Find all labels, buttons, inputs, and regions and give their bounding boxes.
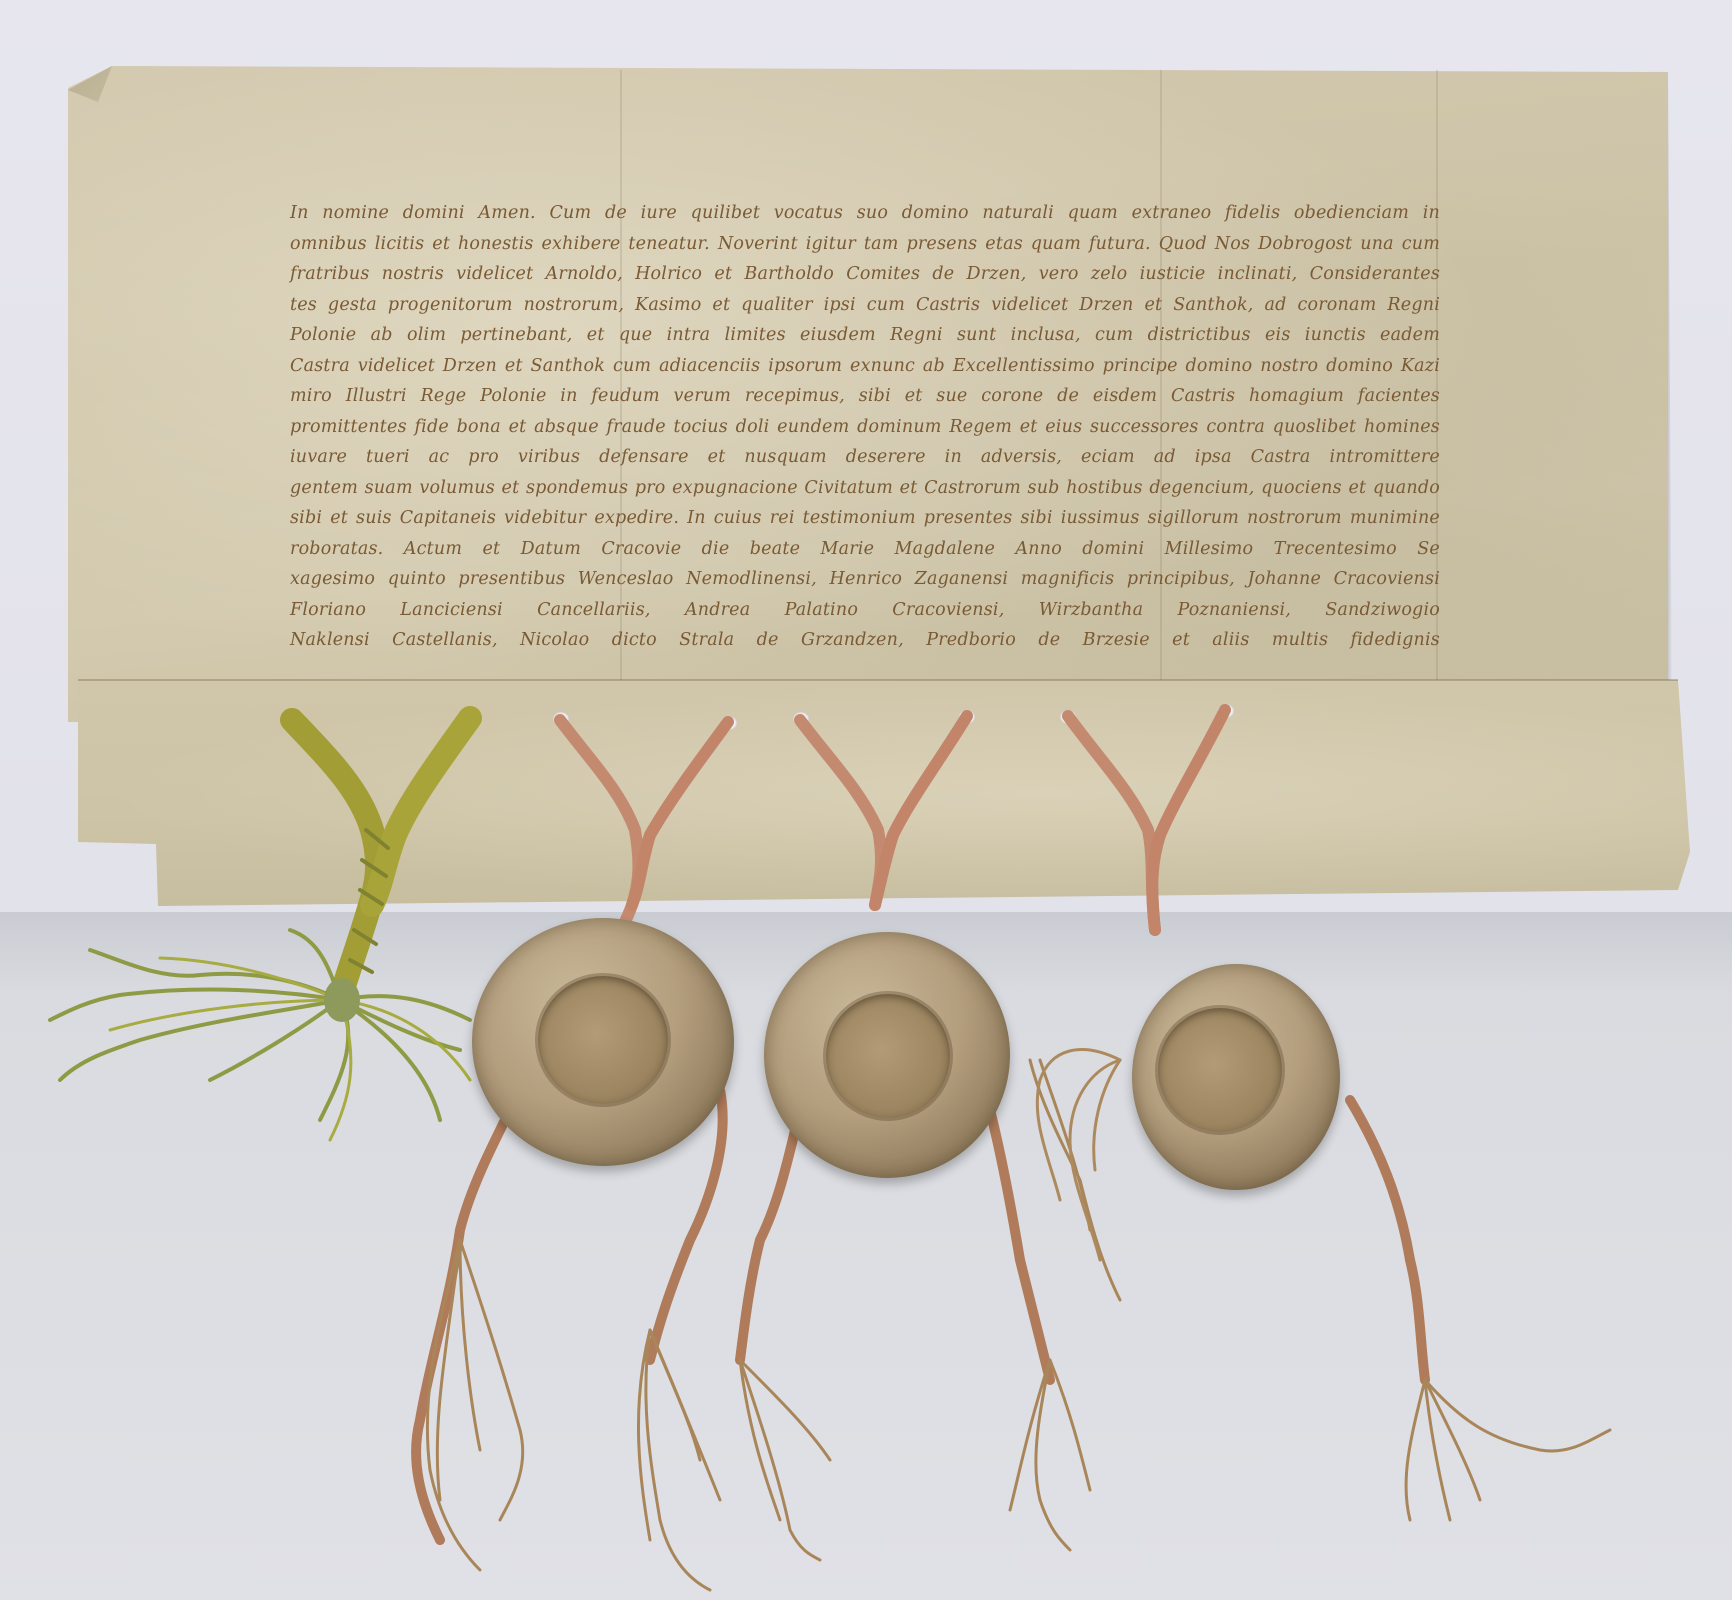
text-line-9: iuvare tueri ac pro viribus defensare et… [290,442,1440,473]
cord-hole [959,710,975,724]
text-line-2: omnibus licitis et honestis exhibere ten… [290,229,1440,260]
text-line-3: fratribus nostris videlicet Arnoldo, Hol… [290,259,1440,290]
plica-fold [78,680,1690,906]
seal-impression-4 [1158,1008,1282,1132]
text-line-14: Floriano Lanciciensi Cancellariis, Andre… [290,595,1440,626]
text-line-13: xagesimo quinto presentibus Wenceslao Ne… [290,564,1440,595]
plica-crease [78,679,1678,681]
text-line-5: Polonie ab olim pertinebant, et que intr… [290,320,1440,351]
cord-hole [1218,704,1234,718]
text-line-15: Naklensi Castellanis, Nicolao dicto Stra… [290,625,1440,656]
text-line-7: miro Illustri Rege Polonie in feudum ver… [290,381,1440,412]
text-line-8: promittentes fide bona et absque fraude … [290,412,1440,443]
seal-impression-3 [826,994,950,1118]
text-line-10: gentem suam volumus et spondemus pro exp… [290,473,1440,504]
text-line-4: tes gesta progenitorum nostrorum, Kasimo… [290,290,1440,321]
text-line-11: sibi et suis Capitaneis videbitur expedi… [290,503,1440,534]
cord-hole [553,712,569,726]
wax-seal-3 [764,932,1010,1178]
cord-hole [721,716,737,730]
seal-impression-2 [538,976,668,1104]
wax-seal-4 [1132,964,1340,1190]
charter-text: In nomine domini Amen. Cum de iure quili… [290,198,1440,656]
cord-hole [284,712,300,726]
cord-hole [1060,710,1076,724]
cord-hole [462,712,478,726]
text-line-12: roboratas. Actum et Datum Cracovie die b… [290,534,1440,565]
text-line-6: Castra videlicet Drzen et Santhok cum ad… [290,351,1440,382]
cord-hole [793,712,809,726]
wax-seal-2 [472,918,734,1166]
text-line-1: In nomine domini Amen. Cum de iure quili… [290,198,1440,229]
